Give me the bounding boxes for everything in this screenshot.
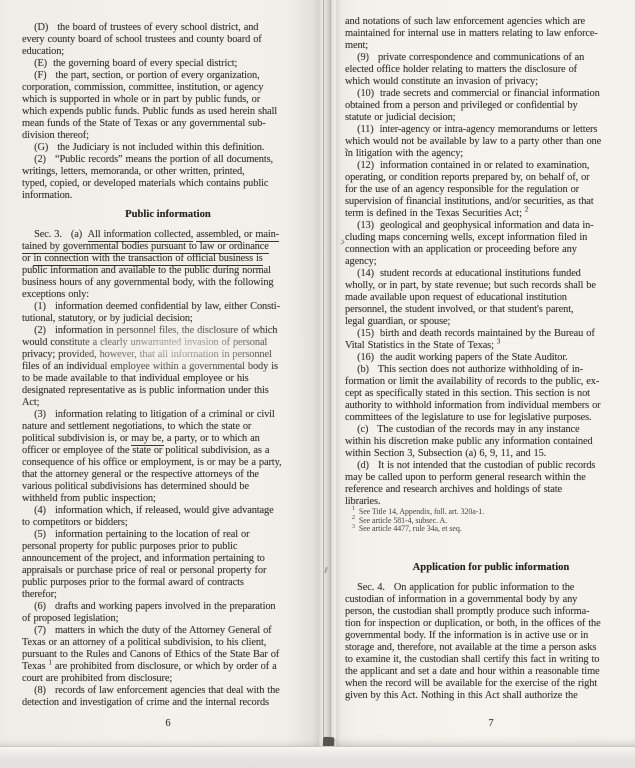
text-line: Texas or an attorney of a political subd…: [22, 637, 322, 649]
text-line: storage and, therefore, not available at…: [345, 642, 635, 654]
page-edge-line: [330, 0, 331, 746]
right-page-number: 7: [345, 718, 635, 729]
text-line: would constitute a clearly unwarranted i…: [22, 337, 322, 349]
text-line: division thereof;: [22, 130, 322, 142]
text-line: of proposed legislation;: [22, 613, 322, 625]
text-line: Vital Statistics in the State of Texas; …: [345, 340, 635, 352]
text-line: which expends public funds. Public funds…: [22, 106, 322, 118]
text-line: to examine it, the custodian shall certi…: [345, 654, 635, 666]
text-line: (14) student records at educational inst…: [345, 268, 635, 280]
text-line: business hours of any governmental body,…: [22, 277, 322, 289]
text-line: (12) information contained in or related…: [345, 160, 635, 172]
footnote-marker: 1: [352, 506, 355, 512]
text-line: (16) the audit working papers of the Sta…: [345, 352, 635, 364]
text-line: court are prohibited from disclosure;: [22, 673, 322, 685]
left-page: (D) the board of trustees of every schoo…: [0, 0, 319, 746]
text-line: (11) inter-agency or intra-agency memora…: [345, 124, 635, 136]
text-segment: Sec. 3. (a): [22, 229, 88, 240]
text-line: therefor;: [22, 589, 322, 601]
text-line: and notations of such law enforcement ag…: [345, 16, 635, 28]
text-line: to competitors or bidders;: [22, 517, 322, 529]
text-line: Act;: [22, 397, 322, 409]
text-segment: are prohibited from disclosure, or which…: [52, 661, 277, 672]
text-line: for the use of an agency responsible for…: [345, 184, 635, 196]
text-line: Sec. 3. (a) All information collected, a…: [22, 229, 322, 241]
text-line: governmental body. If the information is…: [345, 630, 635, 642]
text-line: elected office holder relating to matter…: [345, 64, 635, 76]
text-line: public purposes prior to the formal awar…: [22, 577, 322, 589]
scan-scene: (D) the board of trustees of every schoo…: [0, 0, 635, 768]
page-edge-line: [323, 0, 324, 746]
text-line: (13) geological and geophysical informat…: [345, 220, 635, 232]
text-line: pursuant to the Rules and Canons of Ethi…: [22, 649, 322, 661]
text-segment: Texas: [22, 661, 49, 672]
text-line: maintained for internal use in matters r…: [345, 28, 635, 40]
text-line: reference and research archives and hold…: [345, 484, 635, 496]
text-segment: term is defined in the Texas Securities …: [345, 208, 525, 219]
left-page-number: 6: [22, 718, 314, 729]
text-line: may be called upon to perform general re…: [345, 472, 635, 484]
text-line: cept as specifically stated in this sect…: [345, 388, 635, 400]
right-page-text: and notations of such law enforcement ag…: [336, 0, 635, 702]
text-line: (7) matters in which the duty of the Att…: [22, 625, 322, 637]
text-line: withheld from public inspection;: [22, 493, 322, 505]
text-line: public information and available to the …: [22, 265, 322, 277]
text-line: tained by governmental bodies pursuant t…: [22, 241, 322, 253]
text-line: consequence of his office or employment,…: [22, 457, 322, 469]
text-line: education;: [22, 46, 322, 58]
text-line: (6) drafts and working papers involved i…: [22, 601, 322, 613]
text-segment: or: [22, 253, 33, 264]
text-line: corporation, commission, committee, inst…: [22, 82, 322, 94]
text-line: nature and settlement negotiations, to w…: [22, 421, 322, 433]
text-line: mean funds of the State of Texas or any …: [22, 118, 322, 130]
text-line: custodian of information in a government…: [345, 594, 635, 606]
text-line: made available upon request of education…: [345, 292, 635, 304]
text-segment: political subdivision is, or: [22, 433, 131, 444]
book-scan: { "colors":{"paper":"#f3f1eb","ink":"#3b…: [0, 0, 635, 768]
text-line: detection and investigation of crime and…: [22, 697, 322, 709]
text-line: (c) The custodian of the records may in …: [345, 424, 635, 436]
text-line: (10) trade secrets and commercial or fin…: [345, 88, 635, 100]
text-line: person, the custodian shall promptly pro…: [345, 606, 635, 618]
underlined-text: assembled,: [196, 229, 241, 242]
text-line: Sec. 4. On application for public inform…: [345, 582, 635, 594]
text-line: the applicant and set a date and hour wi…: [345, 666, 635, 678]
text-line: privacy; provided, however, that all inf…: [22, 349, 322, 361]
text-line: appraisals or purchase price of real or …: [22, 565, 322, 577]
text-line: (b) This section does not authorize with…: [345, 364, 635, 376]
text-line: given by this Act. Nothing in this Act s…: [345, 690, 635, 702]
footnote-ref: 2: [525, 207, 528, 214]
text-line: typed, copied, or developed materials wh…: [22, 178, 322, 190]
text-line: formation or limit the availability of r…: [345, 376, 635, 388]
text-line: to be made available to that individual …: [22, 373, 322, 385]
text-line: cluding maps concerning wells, except in…: [345, 232, 635, 244]
text-line: (5) information pertaining to the locati…: [22, 529, 322, 541]
text-line: officer or employee of the state or poli…: [22, 445, 322, 457]
text-line: legal guardian, or spouse;: [345, 316, 635, 328]
text-line: (D) the board of trustees of every schoo…: [22, 22, 322, 34]
text-line: (3) information relating to litigation o…: [22, 409, 322, 421]
text-line: information.: [22, 190, 322, 202]
text-line: committees of the legislature to use for…: [345, 412, 635, 424]
text-line: in litigation with the agency;: [345, 148, 635, 160]
underlined-text: in connection with the transaction of of…: [33, 253, 262, 266]
text-line: designated representative as is public i…: [22, 385, 322, 397]
text-line: personal property for public purposes pr…: [22, 541, 322, 553]
text-line: every county board of school trustees an…: [22, 34, 322, 46]
book-gutter: [319, 0, 336, 746]
text-line: supervision of financial institutions, a…: [345, 196, 635, 208]
text-line: announcement of the project, and informa…: [22, 553, 322, 565]
text-line: (F) the part, section, or portion of eve…: [22, 70, 322, 82]
text-line: that the attorney general or the respect…: [22, 469, 322, 481]
text-line: (9) private correspondence and communica…: [345, 52, 635, 64]
text-line: various political subdivisions has deter…: [22, 481, 322, 493]
text-line: (8) records of law enforcement agencies …: [22, 685, 322, 697]
text-line: which would constitute an invasion of pr…: [345, 76, 635, 88]
text-line: operating, or condition reports prepared…: [345, 172, 635, 184]
footnote-line: 3 See article 4477, rule 34a, et seq.: [352, 525, 635, 534]
text-line: (2) information in personnel files, the …: [22, 325, 322, 337]
text-line: or in connection with the transaction of…: [22, 253, 322, 265]
text-segment: or: [241, 229, 255, 240]
footnote-marker: 2: [352, 515, 355, 521]
text-line: within his discretion make public any in…: [345, 436, 635, 448]
left-page-text: (D) the board of trustees of every schoo…: [0, 0, 322, 709]
text-line: within Section 3, Subsection (a) 6, 9, 1…: [345, 448, 635, 460]
section-heading: Application for public information: [345, 561, 635, 574]
text-line: political subdivision is, or may be, a p…: [22, 433, 322, 445]
underlined-text: may be,: [131, 433, 164, 446]
text-line: term is defined in the Texas Securities …: [345, 208, 635, 220]
text-line: (G) the Judiciary is not included within…: [22, 142, 322, 154]
footnote-marker: 3: [352, 524, 355, 530]
text-line: authority to withhold information from i…: [345, 400, 635, 412]
text-line: ment;: [345, 40, 635, 52]
text-line: wholly, or in part, by state revenue; bu…: [345, 280, 635, 292]
desk-surface: [0, 746, 635, 768]
text-line: when the record will be available for th…: [345, 678, 635, 690]
text-segment: Vital Statistics in the State of Texas;: [345, 340, 497, 351]
text-line: (1) information deemed confidential by l…: [22, 301, 322, 313]
underlined-text: All information collected,: [88, 229, 194, 242]
footnote-ref: 3: [497, 339, 500, 346]
right-page: and notations of such law enforcement ag…: [336, 0, 635, 746]
text-line: (4) information which, if released, woul…: [22, 505, 322, 517]
text-line: Texas 1 are prohibited from disclosure, …: [22, 661, 322, 673]
text-line: files of an individual employee within a…: [22, 361, 322, 373]
text-line: (15) birth and death records maintained …: [345, 328, 635, 340]
text-line: (d) It is not intended that the custodia…: [345, 460, 635, 472]
text-line: personnel, the student involved, or that…: [345, 304, 635, 316]
text-line: obtained from a person and privileged or…: [345, 100, 635, 112]
text-line: exceptions only:: [22, 289, 322, 301]
text-line: connection with an application or procee…: [345, 244, 635, 256]
text-line: tutional, statutory, or by judicial deci…: [22, 313, 322, 325]
underlined-text: tained by governmental bodies pursuant t…: [22, 241, 269, 254]
text-segment: a party, or to which an: [164, 433, 260, 444]
underlined-text: main-: [255, 229, 279, 242]
text-line: statute or judicial decision;: [345, 112, 635, 124]
text-line: writings, letters, memoranda, or other w…: [22, 166, 322, 178]
text-line: which would not be available by law to a…: [345, 136, 635, 148]
text-line: (2) “Public records” means the portion o…: [22, 154, 322, 166]
text-line: tion for inspection or duplication, or b…: [345, 618, 635, 630]
text-line: which is supported in whole or in part b…: [22, 94, 322, 106]
text-line: agency;: [345, 256, 635, 268]
text-line: (E) the governing board of every special…: [22, 58, 322, 70]
section-heading: Public information: [22, 208, 314, 221]
